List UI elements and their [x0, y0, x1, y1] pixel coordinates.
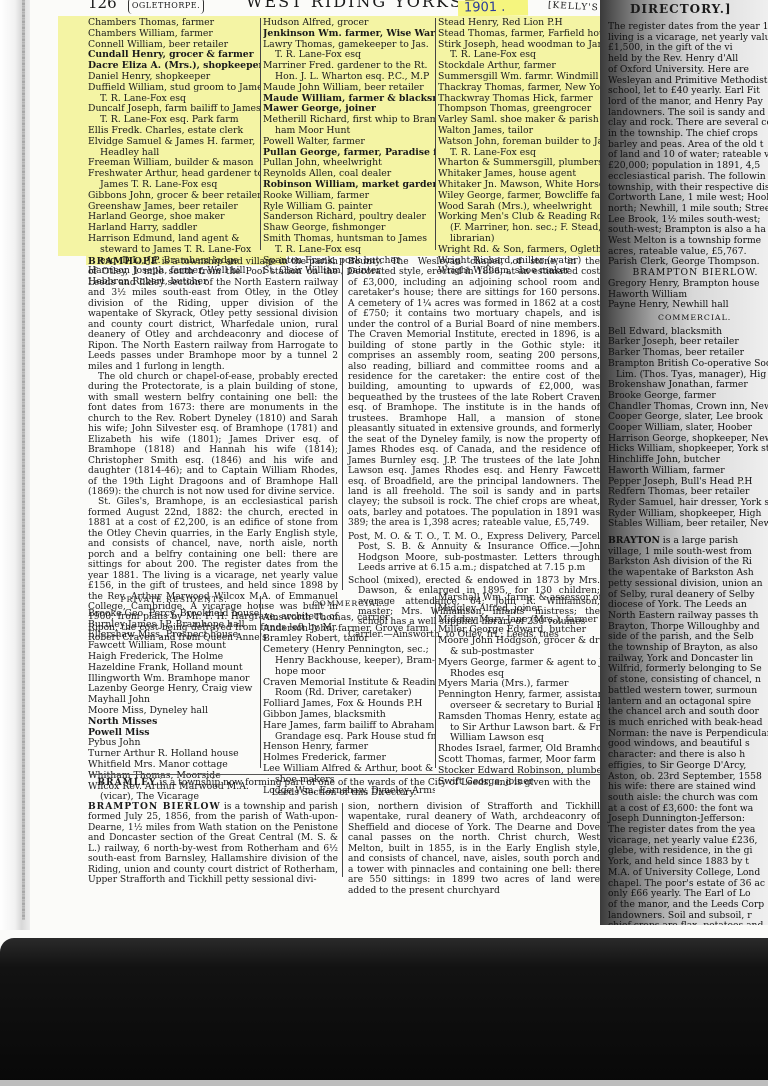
- list-item: Pennington Henry, farmer, assistant: [438, 690, 603, 701]
- list-item-continuation: James T. R. Lane-Fox esq: [88, 180, 260, 191]
- list-item: Marshall Wm. farmr. & assessor of taxes: [438, 593, 603, 604]
- list-item-continuation: T. R. Lane-Fox esq: [438, 50, 603, 61]
- bramhope-private-residents: PRIVATE RESIDENTS. Brooke Geo. Percy, Br…: [88, 593, 260, 803]
- list-item: Midgley Mary Jane (Mrs.), farmer: [438, 615, 603, 626]
- list-item: Duffield William, stud groom to James: [88, 83, 260, 94]
- list-item: Anderson John, farmer, Grove farm: [263, 624, 435, 635]
- bramhope-commercial-col2: Marshall Wm. farmr. & assessor of taxes …: [438, 593, 603, 787]
- list-item-continuation: ham Moor Hunt: [263, 126, 435, 137]
- list-item: Freeman William, builder & mason: [88, 158, 260, 169]
- list-item-continuation: William Lawson esq: [438, 733, 603, 744]
- list-item: Ainsworth Thomas, carrier: [263, 613, 435, 624]
- list-item-continuation: hope moor: [263, 667, 435, 678]
- list-item-continuation: Grandage esq. Park House stud fm: [263, 732, 435, 743]
- list-item: Whitaker Jn. Mawson, White Horse P.H: [438, 180, 603, 191]
- list-item: Connell William, beer retailer: [88, 40, 260, 51]
- column-divider: [342, 803, 343, 877]
- list-item-continuation: overseer & secretary to Burial Bd: [438, 701, 603, 712]
- list-item-continuation: T. R. Lane-Fox esq. Park farm: [88, 115, 260, 126]
- list-item: Harland George, shoe maker: [88, 212, 260, 223]
- list-item: Cemetery (Henry Pennington, sec.;: [263, 645, 435, 656]
- list-item-continuation: Room (Rd. Driver, caretaker): [263, 688, 435, 699]
- list-item: Midgley Alfred, joiner: [438, 604, 603, 615]
- list-item: Whitfield Mrs. Manor cottage: [88, 760, 260, 771]
- facing-page-shadowed: DIRECTORY.] The register dates from the …: [600, 0, 768, 925]
- list-item: Jenkinson Wm. farmer, Wise Warren: [263, 29, 435, 40]
- binding-stitch-line: [22, 0, 25, 920]
- list-item-continuation: librarian): [438, 234, 603, 245]
- bramhope-old-church: The old church or chapel-of-ease, probab…: [88, 372, 338, 497]
- list-item: Marriner Fred. gardener to the Rt.: [263, 61, 435, 72]
- oglethorpe-column-2: Hudson Alfred, grocer Jenkinson Wm. farm…: [263, 18, 435, 277]
- column-divider: [260, 596, 261, 768]
- list-item: Powell Walter, farmer: [263, 137, 435, 148]
- place-name-brampton-bierlow: BRAMPTON BIERLOW: [88, 801, 221, 812]
- handwritten-year-annotation: 1901 .: [458, 0, 528, 17]
- list-item: North Misses: [88, 717, 260, 728]
- list-item: Freshwater Arthur, head gardener to: [88, 169, 260, 180]
- scanned-directory-page: 126 OGLETHORPE. WEST RIDING YORKSHIRE. 1…: [0, 0, 768, 1086]
- list-item-continuation: Henry Backhouse, keeper), Bram-: [263, 656, 435, 667]
- oglethorpe-column-3: Stead Henry, Red Lion P.H Stead Thomas, …: [438, 18, 603, 277]
- list-item: Chambers William, farmer: [88, 29, 260, 40]
- list-item: Lawry Thomas, gamekeeper to Jas.: [263, 40, 435, 51]
- list-item: Ryle William G. painter: [263, 202, 435, 213]
- place-name-bramley: BRAMLEY: [97, 777, 156, 788]
- list-item: Thompson Thomas, greengrocer: [438, 104, 603, 115]
- list-item: Stockdale Arthur, farmer: [438, 61, 603, 72]
- brampton-bierlow-right: sion, northern division of Strafforth an…: [348, 802, 600, 896]
- list-item: Hazeldine Frank, Holland mount: [88, 663, 260, 674]
- list-item: Moore Miss, Dyneley hall: [88, 706, 260, 717]
- list-item: Mawer George, joiner: [263, 104, 435, 115]
- list-item-continuation: to Sir Arthur Lawson bart. & Frederick: [438, 723, 603, 734]
- list-item: Thackwray Thomas Hick, farmer: [438, 94, 603, 105]
- list-item: Myers Maria (Mrs.), farmer: [438, 679, 603, 690]
- list-item: Mayhall John: [88, 695, 260, 706]
- list-item: Moore John Hodgson, grocer & draper: [438, 636, 603, 647]
- list-item: Greenshaw James, beer retailer: [88, 202, 260, 213]
- section-heading-commercial: COMMERCIAL.: [608, 313, 768, 324]
- list-item: Lazenby George Henry, Craig view: [88, 684, 260, 695]
- list-item: Daniel Henry, shopkeeper: [88, 72, 260, 83]
- list-item: Wharton & Summersgill, plumbers: [438, 158, 603, 169]
- list-item: Brampton British Co-operative Soc: [608, 359, 768, 370]
- list-item: Harrison Edmund, land agent &: [88, 234, 260, 245]
- list-item: Elvidge Samuel & James H. farmer,: [88, 137, 260, 148]
- list-item: Gibbons John, grocer & beer retailer: [88, 191, 260, 202]
- oglethorpe-column-1: Chambers Thomas, farmer Chambers William…: [88, 18, 260, 288]
- list-item-continuation: & sub-postmaster: [438, 647, 603, 658]
- list-item: Pullan George, farmer, Paradise farm: [263, 148, 435, 159]
- list-item: Metherill Richard, first whip to Bram-: [263, 115, 435, 126]
- list-item: Ramsden Thomas Henry, estate agent: [438, 712, 603, 723]
- list-item: Haigh Frederick, The Holme: [88, 652, 260, 663]
- list-item-continuation: Rhodes esq: [438, 669, 603, 680]
- section-divider: [90, 774, 600, 775]
- list-item-continuation: T. R. Lane-Fox esq: [263, 50, 435, 61]
- list-item: Folliard James, Fox & Hounds P.H: [263, 699, 435, 710]
- facing-page-header: DIRECTORY.]: [630, 2, 732, 16]
- list-item: Summersgill Wm. farmr. Windmill ho: [438, 72, 603, 83]
- list-item: Sanderson Richard, poultry dealer: [263, 212, 435, 223]
- post-office-entry: Post, M. O. & T. O., T. M. O., Express D…: [348, 532, 600, 574]
- list-item: Smith Thomas, huntsman to James: [263, 234, 435, 245]
- bramhope-description: BRAMHOPE is a township and village in th…: [88, 257, 338, 644]
- page-number: 126: [88, 0, 117, 12]
- column-divider: [435, 18, 436, 250]
- list-item-continuation: Hon. J. L. Wharton esq. P.C., M.P: [263, 72, 435, 83]
- list-item: Robinson William, market gardener: [263, 180, 435, 191]
- list-item: Pullan John, wheelwright: [263, 158, 435, 169]
- list-item: Reynolds Allen, coal dealer: [263, 169, 435, 180]
- facing-page-text: The register dates from the year 1 livin…: [608, 22, 768, 925]
- list-item: Holmes Frederick, farmer: [263, 753, 435, 764]
- column-divider: [435, 596, 436, 768]
- list-item: Craven Memorial Institute & Reading: [263, 678, 435, 689]
- bramhope-commercial-col1: COMMERCIAL. Ainsworth Thomas, carrier An…: [263, 593, 435, 796]
- list-item-continuation: T. R. Lane-Fox esq: [438, 148, 603, 159]
- list-item: Scott Thomas, farmer, Moor farm: [438, 755, 603, 766]
- list-item: Haworth William, farmer: [608, 466, 768, 477]
- bramley-entry: BRAMLEY is a township now forming part o…: [88, 778, 600, 799]
- list-item: Thackray Thomas, farmer, New York: [438, 83, 603, 94]
- list-item: Bramley Robert, tailor: [263, 634, 435, 645]
- list-item: Ellis Fredk. Charles, estate clerk: [88, 126, 260, 137]
- section-heading-private: PRIVATE RESIDENTS.: [88, 595, 260, 606]
- list-item: Cundall Henry, grocer & farmer: [88, 50, 260, 61]
- list-item: Hudson Alfred, grocer: [263, 18, 435, 29]
- list-item: Rhodes Israel, farmer, Old Bramhope: [438, 744, 603, 755]
- scanner-bed-edge: [0, 1080, 768, 1086]
- list-item: Burnley James J.P. Bramhope hall: [88, 620, 260, 631]
- list-item: Rooke William, farmer: [263, 191, 435, 202]
- list-item: Fawcett William, Rose mount: [88, 641, 260, 652]
- column-divider: [342, 258, 343, 590]
- list-item: Stables William, beer retailer, New: [608, 519, 768, 530]
- place-name-brayton: BRAYTON: [608, 535, 660, 546]
- list-item: Shaw George, fishmonger: [263, 223, 435, 234]
- column-divider: [260, 18, 261, 250]
- list-item: Brooke Geo. Percy, Brookfield house: [88, 609, 260, 620]
- list-item: Turner Arthur R. Holland house: [88, 749, 260, 760]
- list-item: Myers George, farmer & agent to Jas.: [438, 658, 603, 669]
- list-item: Dacre Eliza A. (Mrs.), shopkeeper: [88, 61, 260, 72]
- list-item: Gibbon James, blacksmith: [263, 710, 435, 721]
- list-item-continuation: T. R. Lane-Fox esq: [88, 94, 260, 105]
- list-item: Stead Thomas, farmer, Farfield house: [438, 29, 603, 40]
- list-item-continuation: (F. Marriner, hon. sec.; F. Stead,: [438, 223, 603, 234]
- list-item: Wood Sarah (Mrs.), wheelwright: [438, 202, 603, 213]
- list-item: Maude John William, beer retailer: [263, 83, 435, 94]
- book-binding-edge: [0, 0, 30, 930]
- list-item: Hare James, farm bailiff to Abraham: [263, 721, 435, 732]
- list-item: Brooke George, farmer: [608, 391, 768, 402]
- list-item: Wright Rd. & Son, farmers, Oglethorpe: [438, 245, 603, 256]
- list-item: Miller George Edward, butcher: [438, 625, 603, 636]
- brampton-bierlow-left: BRAMPTON BIERLOW is a township and paris…: [88, 802, 338, 886]
- list-item: Walton James, tailor: [438, 126, 603, 137]
- list-item: Harland Harry, saddler: [88, 223, 260, 234]
- bramhope-description-continued: Bounty. The Wesleyan chapel, of stone, i…: [348, 257, 600, 640]
- list-item: Ellershaw Miss, Prospect house: [88, 630, 260, 641]
- list-item: Powell Miss: [88, 728, 260, 739]
- list-item: Henson Henry, farmer: [263, 742, 435, 753]
- running-head: OGLETHORPE.: [128, 0, 204, 14]
- place-name-bramhope: BRAMHOPE: [88, 256, 159, 267]
- section-heading-commercial: COMMERCIAL.: [263, 599, 435, 610]
- list-item: Payne Henry, Newhill hall: [608, 300, 768, 311]
- list-item: Gregory Henry, Brampton house: [608, 279, 768, 290]
- list-item: Varley Saml. shoe maker & parish clk: [438, 115, 603, 126]
- list-item: Working Men's Club & Reading Room: [438, 212, 603, 223]
- list-item: Watson John, foreman builder to Jas.: [438, 137, 603, 148]
- list-item: Stirk Joseph, head woodman to James: [438, 40, 603, 51]
- list-item-continuation: Headley hall: [88, 148, 260, 159]
- list-item: Chambers Thomas, farmer: [88, 18, 260, 29]
- list-item-continuation: steward to James T. R. Lane-Fox: [88, 245, 260, 256]
- list-item: Pybus John: [88, 738, 260, 749]
- list-item: Duncalf Joseph, farm bailiff to James: [88, 104, 260, 115]
- list-item: Maude William, farmer & blacksmith: [263, 94, 435, 105]
- list-item-continuation: T. R. Lane-Fox esq: [263, 245, 435, 256]
- list-item: Whitaker James, house agent: [438, 169, 603, 180]
- list-item: Illingworth Wm. Bramhope manor: [88, 674, 260, 685]
- bramhope-intro: BRAMHOPE is a township and village in th…: [88, 257, 338, 372]
- list-item: Wiley George, farmer, Bowcliffe farm: [438, 191, 603, 202]
- book-cover-dark-edge: [0, 938, 768, 1086]
- list-item: Stead Henry, Red Lion P.H: [438, 18, 603, 29]
